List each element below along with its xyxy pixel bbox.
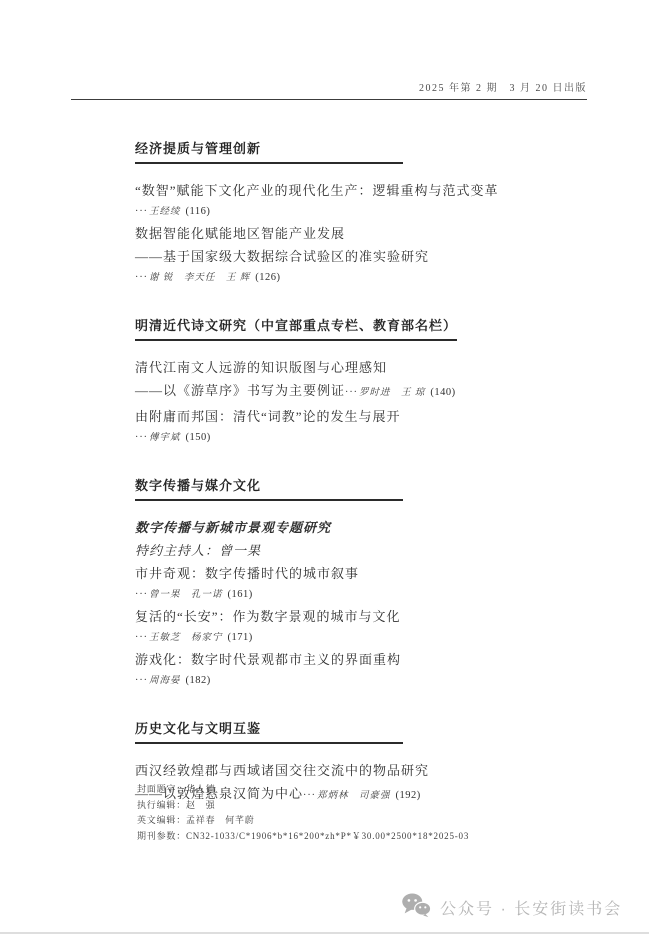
- article-title: 数据智能化赋能地区智能产业发展: [135, 225, 595, 242]
- leader-dots: ···: [135, 589, 148, 600]
- wechat-icon: [401, 892, 431, 923]
- leader-dots: ···: [135, 272, 148, 283]
- author-line: ···曾一果 孔一诺(161): [135, 588, 595, 602]
- article-subtitle: ——以《游草序》书写为主要例证: [135, 383, 345, 398]
- article-title: 复活的“长安”：作为数字景观的城市与文化: [135, 608, 595, 625]
- table-of-contents: 经济提质与管理创新 “数智”赋能下文化产业的现代化生产：逻辑重构与范式变革 ··…: [135, 138, 595, 835]
- colophon: 封面题字：华人德 执行编辑：赵 强 英文编辑：孟祥春 何芊蔚 期刊参数：CN32…: [137, 782, 469, 844]
- author-names: 傅宇斌: [149, 433, 181, 443]
- page-number: (126): [255, 272, 280, 283]
- section-title: 经济提质与管理创新: [135, 138, 403, 164]
- leader-dots: ···: [135, 206, 148, 217]
- leader-dots: ···: [135, 675, 148, 686]
- executive-editor-line: 执行编辑：赵 强: [137, 798, 469, 814]
- article-title: “数智”赋能下文化产业的现代化生产：逻辑重构与范式变革: [135, 182, 595, 199]
- article-subtitle-author-line: ——以《游草序》书写为主要例证···罗时进 王 琼(140): [135, 382, 595, 402]
- page-number: (171): [228, 632, 253, 643]
- bottom-divider: [0, 932, 649, 934]
- author-line: ···王经绫(116): [135, 205, 595, 219]
- article-title: 清代江南文人远游的知识版图与心理感知: [135, 359, 595, 376]
- journal-parameters-line: 期刊参数：CN32-1033/C*1906*b*16*200*zh*P*￥30.…: [137, 829, 469, 845]
- article-title: 游戏化：数字时代景观都市主义的界面重构: [135, 651, 595, 668]
- author-names: 周海晏: [149, 676, 181, 686]
- section-poetry: 明清近代诗文研究（中宣部重点专栏、教育部名栏） 清代江南文人远游的知识版图与心理…: [135, 315, 595, 445]
- leader-dots: ···: [345, 387, 358, 398]
- author-names: 罗时进 王 琼: [359, 388, 425, 398]
- english-editor-line: 英文编辑：孟祥春 何芊蔚: [137, 813, 469, 829]
- leader-dots: ···: [135, 432, 148, 443]
- section-title: 数字传播与媒介文化: [135, 475, 403, 501]
- author-names: 曾一果 孔一诺: [149, 590, 223, 600]
- journal-toc-page: 2025 年第 2 期 3 月 20 日出版 经济提质与管理创新 “数智”赋能下…: [0, 0, 649, 940]
- section-title: 历史文化与文明互鉴: [135, 718, 403, 744]
- cover-calligraphy-line: 封面题字：华人德: [137, 782, 469, 798]
- author-line: ···傅宇斌(150): [135, 431, 595, 445]
- article-title: 西汉经敦煌郡与西域诸国交往交流中的物品研究: [135, 762, 595, 779]
- page-number: (140): [430, 387, 455, 398]
- section-digital-media: 数字传播与媒介文化 数字传播与新城市景观专题研究 特约主持人：曾一果 市井奇观：…: [135, 475, 595, 688]
- article-subtitle: ——基于国家级大数据综合试验区的准实验研究: [135, 248, 595, 265]
- page-number: (116): [186, 206, 211, 217]
- author-line: ···周海晏(182): [135, 674, 595, 688]
- special-topic-title: 数字传播与新城市景观专题研究: [135, 519, 595, 536]
- section-title: 明清近代诗文研究（中宣部重点专栏、教育部名栏）: [135, 315, 457, 341]
- guest-host-line: 特约主持人：曾一果: [135, 542, 595, 559]
- author-line: ···王敏芝 杨家宁(171): [135, 631, 595, 645]
- wechat-account-label: 公众号 · 长安街读书会: [440, 896, 622, 919]
- article-title: 由附庸而邦国：清代“词教”论的发生与展开: [135, 408, 595, 425]
- author-names: 王敏芝 杨家宁: [149, 633, 223, 643]
- author-line: ···谢 锐 李天任 王 辉(126): [135, 271, 595, 285]
- page-number: (161): [228, 589, 253, 600]
- issue-date-line: 2025 年第 2 期 3 月 20 日出版: [71, 79, 587, 94]
- section-economy: 经济提质与管理创新 “数智”赋能下文化产业的现代化生产：逻辑重构与范式变革 ··…: [135, 138, 595, 285]
- page-number: (150): [186, 432, 211, 443]
- article-title: 市井奇观：数字传播时代的城市叙事: [135, 565, 595, 582]
- wechat-watermark: 公众号 · 长安街读书会: [401, 892, 622, 923]
- header-rule: [71, 99, 587, 100]
- page-number: (182): [186, 675, 211, 686]
- author-names: 谢 锐 李天任 王 辉: [149, 273, 250, 283]
- author-names: 王经绫: [149, 207, 181, 217]
- leader-dots: ···: [135, 632, 148, 643]
